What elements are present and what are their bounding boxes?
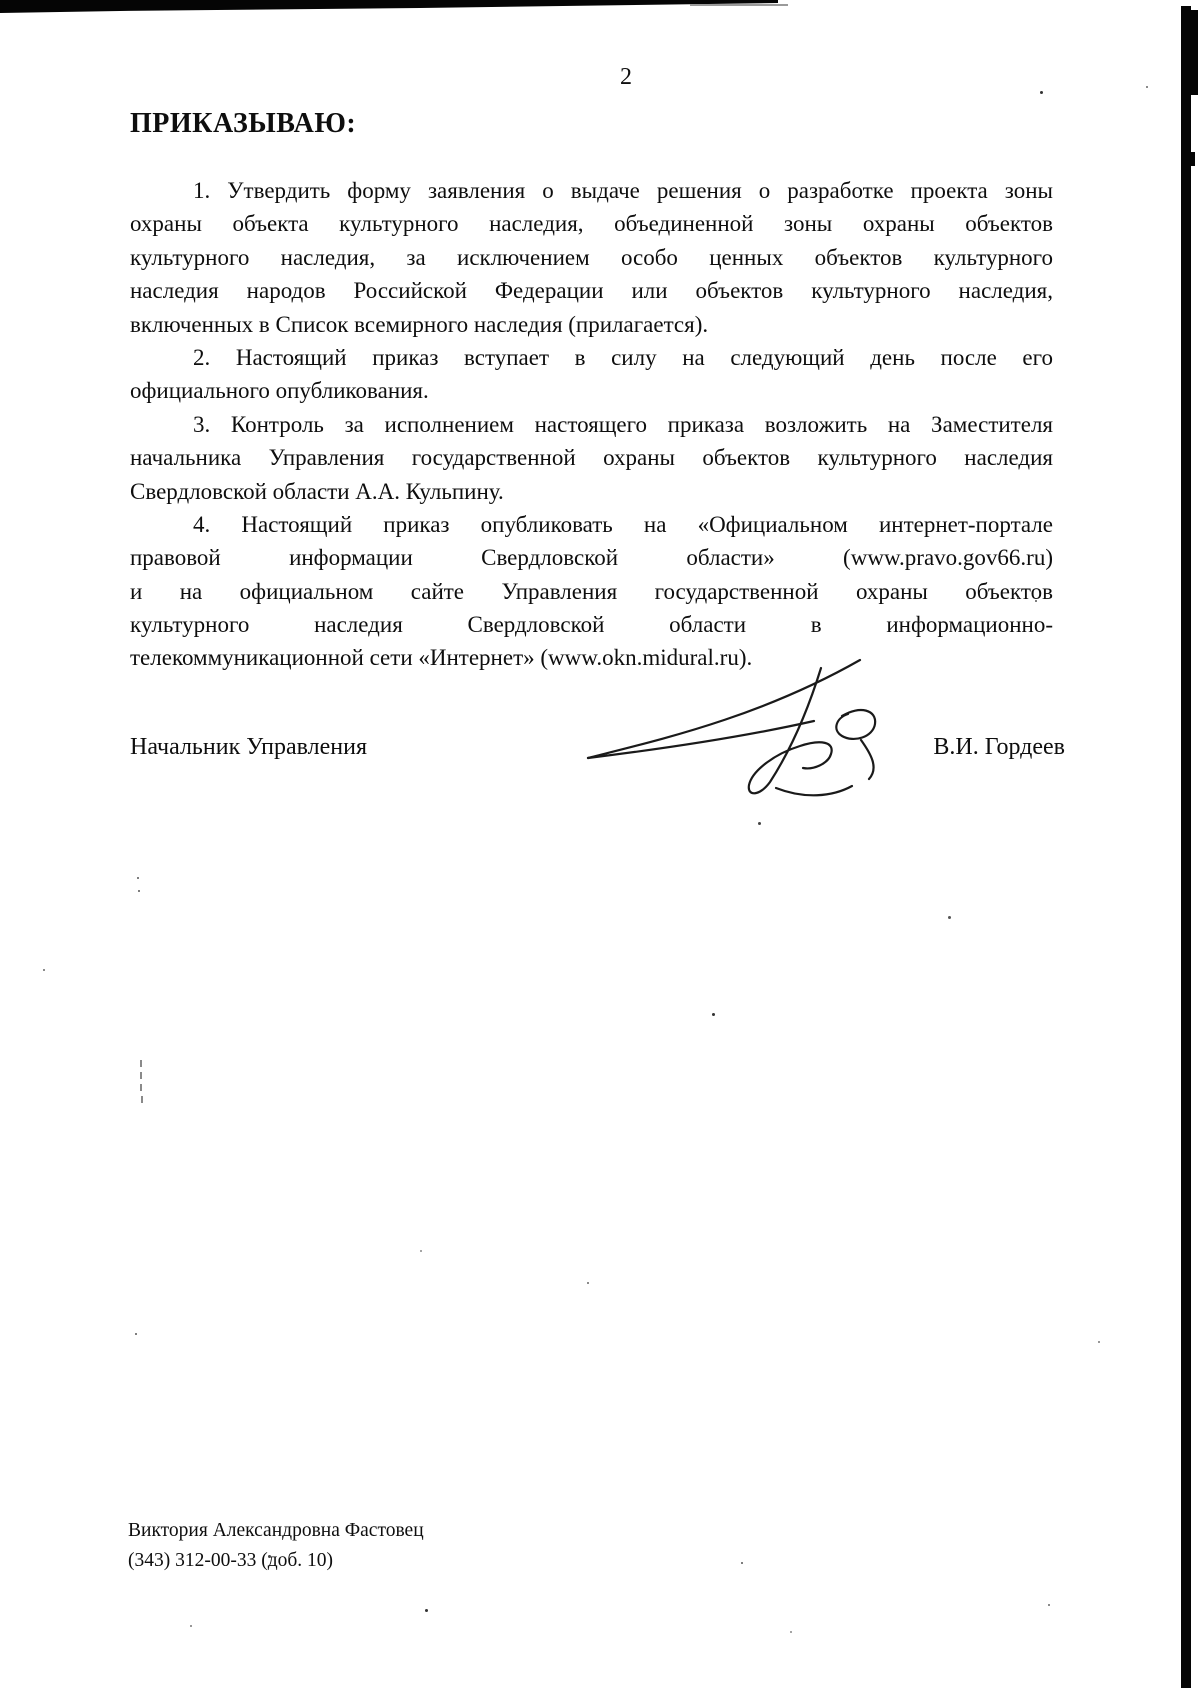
- executor-name: Виктория Александровна Фастовец: [128, 1516, 424, 1546]
- text-line: 3. Контроль за исполнением настоящего пр…: [130, 408, 1053, 441]
- scan-noise-speck: [741, 1562, 743, 1564]
- scan-noise-speck: [1098, 1341, 1100, 1343]
- scan-noise-dash: [141, 1096, 143, 1103]
- scan-artifact-right-bar-notch: [1190, 10, 1198, 95]
- scan-noise-speck: [1017, 597, 1019, 599]
- signature-scribble: [558, 642, 903, 807]
- scan-noise-speck: [420, 1250, 422, 1252]
- scan-noise-dash: [140, 1072, 142, 1079]
- text-line: 1. Утвердить форму заявления о выдаче ре…: [130, 174, 1053, 207]
- text-line: 4. Настоящий приказ опубликовать на «Офи…: [130, 508, 1053, 541]
- text-line: культурного наследия Свердловской област…: [130, 608, 1053, 641]
- page-number: 2: [620, 62, 632, 92]
- scan-noise-speck: [1035, 600, 1037, 602]
- text-line: охраны объекта культурного наследия, объ…: [130, 207, 1053, 240]
- executor-phone: (343) 312-00-33 (доб. 10): [128, 1546, 424, 1576]
- scan-noise-speck: [948, 916, 951, 919]
- document-page: 2 ПРИКАЗЫВАЮ: 1. Утвердить форму заявлен…: [0, 0, 1200, 1688]
- text-line: правовой информации Свердловской области…: [130, 541, 1053, 574]
- scan-noise-speck: [190, 1625, 192, 1627]
- text-line: и на официальном сайте Управления госуда…: [130, 575, 1053, 608]
- text-line: начальника Управления государственной ох…: [130, 441, 1053, 474]
- scan-noise-speck: [712, 1013, 715, 1016]
- scan-artifact-right-bar: [1181, 6, 1191, 1688]
- scan-noise-speck: [268, 1555, 271, 1558]
- paragraph: 3. Контроль за исполнением настоящего пр…: [130, 408, 1053, 508]
- signer-name: В.И. Гордеев: [933, 731, 1065, 763]
- signer-position-title: Начальник Управления: [130, 731, 367, 763]
- scan-noise-speck: [425, 1609, 428, 1612]
- scan-artifact-top-band: [0, 0, 800, 16]
- executor-contact: Виктория Александровна Фастовец (343) 31…: [128, 1516, 424, 1576]
- text-line: Свердловской области А.А. Кульпину.: [130, 475, 1053, 508]
- scan-noise-speck: [1040, 91, 1043, 94]
- scan-noise-dash: [140, 1060, 142, 1067]
- paragraph: 1. Утвердить форму заявления о выдаче ре…: [130, 174, 1053, 341]
- text-line: включенных в Список всемирного наследия …: [130, 308, 1053, 341]
- order-heading: ПРИКАЗЫВАЮ:: [130, 108, 356, 140]
- scan-noise-dash: [140, 1084, 142, 1091]
- text-line: 2. Настоящий приказ вступает в силу на с…: [130, 341, 1053, 374]
- scan-noise-speck: [587, 1282, 589, 1284]
- scan-noise-speck: [1048, 1604, 1050, 1606]
- scan-noise-speck: [790, 1631, 792, 1633]
- scan-noise-speck: [758, 822, 761, 825]
- scan-noise-speck: [138, 890, 140, 892]
- paragraph: 2. Настоящий приказ вступает в силу на с…: [130, 341, 1053, 408]
- text-line: культурного наследия, за исключением осо…: [130, 241, 1053, 274]
- scan-artifact-right-bar-notch: [1190, 152, 1195, 166]
- text-line: наследия народов Российской Федерации ил…: [130, 274, 1053, 307]
- order-body: 1. Утвердить форму заявления о выдаче ре…: [130, 174, 1053, 675]
- scan-noise-speck: [43, 969, 45, 971]
- scan-noise-speck: [135, 1333, 137, 1335]
- text-line: официального опубликования.: [130, 374, 1053, 407]
- scan-noise-speck: [1146, 86, 1148, 88]
- scan-noise-speck: [137, 877, 139, 879]
